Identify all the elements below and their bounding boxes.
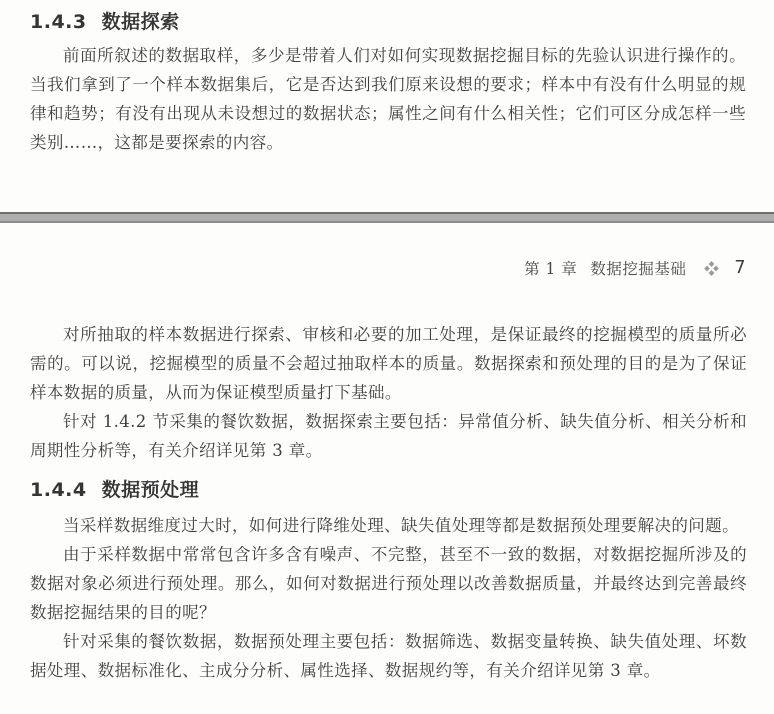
section-heading-143: 1.4.3 数据探索 [30,7,180,34]
chapter-label: 第 1 章 [524,257,577,279]
paragraph-preprocess-dimension: 当采样数据维度过大时，如何进行降维处理、缺失值处理等都是数据预处理要解决的问题。 [30,511,747,540]
page-break-divider [0,212,774,223]
section-title: 数据预处理 [102,475,200,502]
paragraph-exploration-quality: 对所抽取的样本数据进行探索、审核和必要的加工处理，是保证最终的挖掘模型的质量所必… [30,320,747,407]
section-heading-144: 1.4.4 数据预处理 [30,475,747,502]
chapter-title: 数据挖掘基础 [590,257,686,279]
page7-body: 对所抽取的样本数据进行探索、审核和必要的加工处理，是保证最终的挖掘模型的质量所必… [30,320,747,685]
four-diamonds-icon [704,261,719,276]
paragraph-preprocess-noise: 由于采样数据中常常包含许多含有噪声、不完整，甚至不一致的数据，对数据挖掘所涉及的… [30,540,747,627]
scanned-book-page: 1.4.3 数据探索 前面所叙述的数据取样，多少是带着人们对如何实现数据挖掘目标… [0,0,774,714]
section-number: 1.4.4 [30,479,87,501]
page-number: 7 [734,258,746,278]
paragraph-preprocess-catering: 针对采集的餐饮数据，数据预处理主要包括：数据筛选、数据变量转换、缺失值处理、坏数… [30,627,747,685]
section-title: 数据探索 [102,7,180,34]
paragraph-exploration-catering: 针对 1.4.2 节采集的餐饮数据，数据探索主要包括：异常值分析、缺失值分析、相… [30,407,747,465]
paragraph-data-exploration-intro: 前面所叙述的数据取样，多少是带着人们对如何实现数据挖掘目标的先验认识进行操作的。… [30,41,746,157]
section-number: 1.4.3 [30,11,87,33]
running-header: 第 1 章 数据挖掘基础 7 [524,257,746,279]
